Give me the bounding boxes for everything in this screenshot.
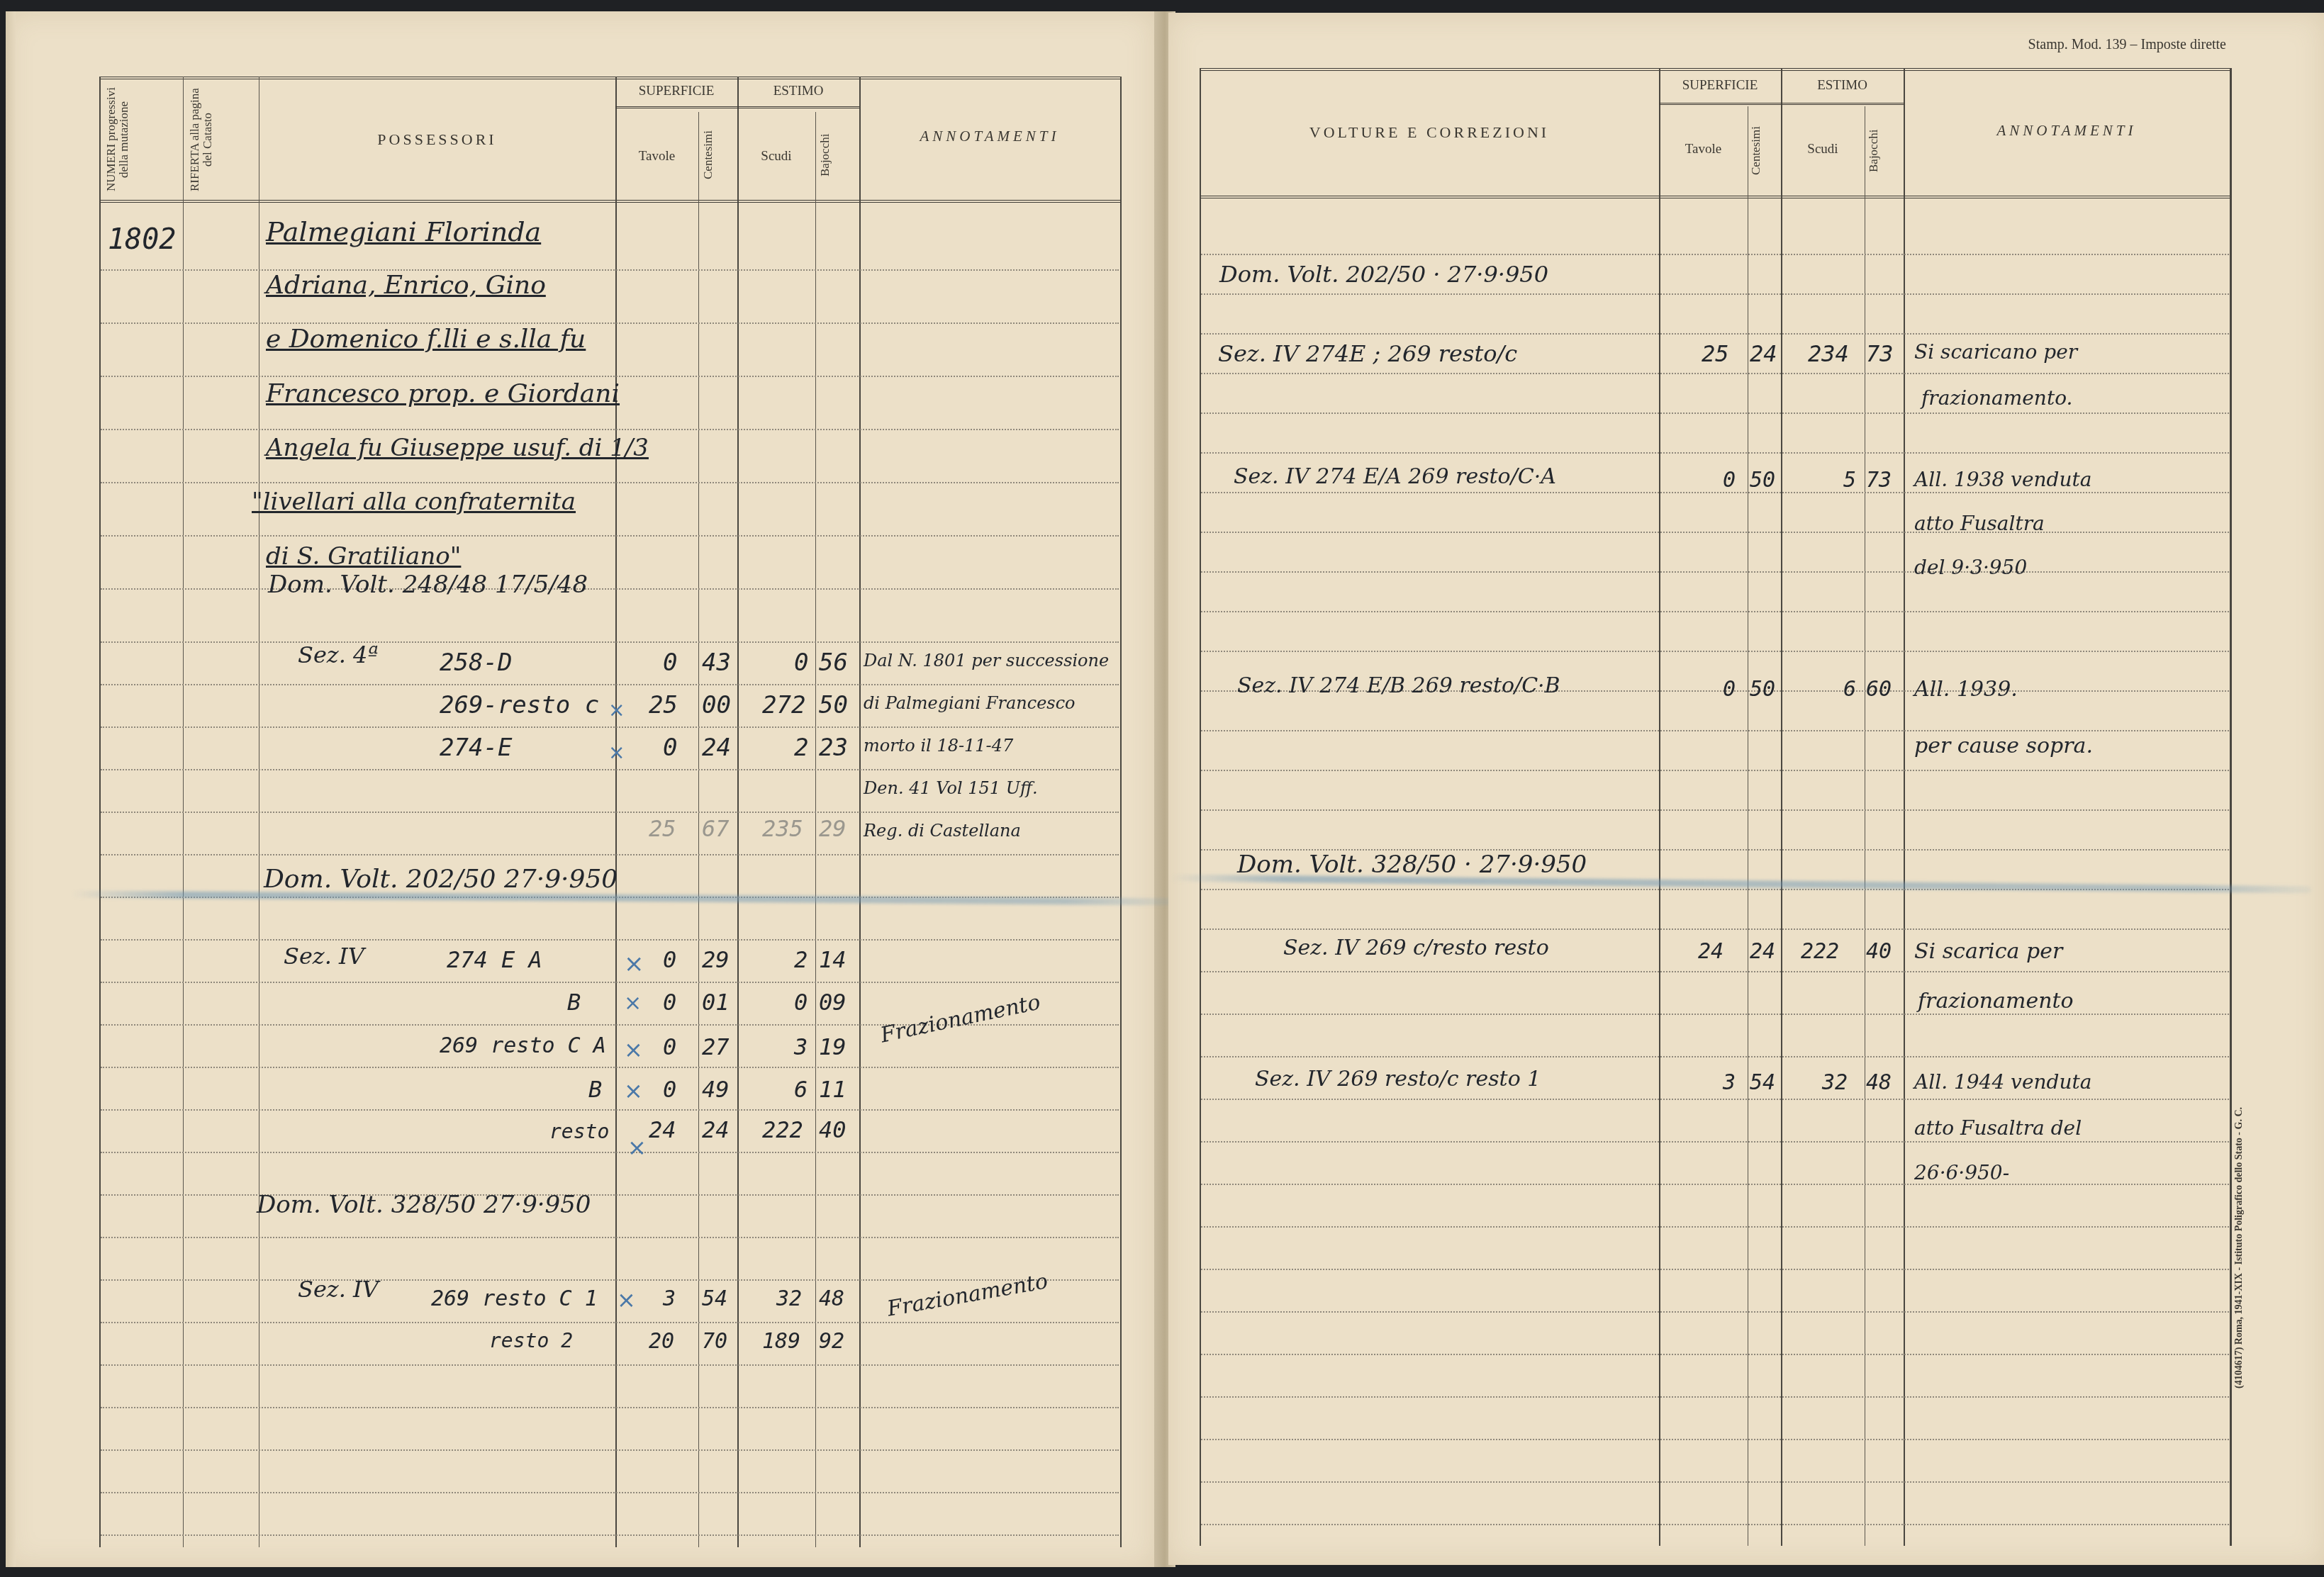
col-line bbox=[815, 112, 816, 1547]
tavole-value: 0 bbox=[663, 946, 676, 973]
annotation-line: All. 1939. bbox=[1914, 677, 2018, 702]
centesimi-value: 24 bbox=[702, 734, 731, 762]
check-mark-icon: × bbox=[608, 698, 625, 722]
header-scudi: Scudi bbox=[1781, 142, 1865, 157]
parcel-id: 258-D bbox=[440, 649, 512, 677]
header-numeri: NUMERI progressivi della mutazione bbox=[105, 84, 179, 196]
centesimi-value: 24 bbox=[1750, 340, 1777, 367]
check-mark-icon: × bbox=[624, 991, 642, 1016]
annotation-line: per cause sopra. bbox=[1914, 734, 2093, 758]
scudi-value: 189 bbox=[762, 1329, 800, 1354]
bajocchi-value: 60 bbox=[1866, 677, 1892, 702]
header-estimo: ESTIMO bbox=[737, 84, 859, 99]
centesimi-value: 54 bbox=[1750, 1070, 1775, 1095]
scudi-value: 0 bbox=[794, 649, 808, 677]
subheader-rule bbox=[615, 106, 859, 108]
parcel-id: 269 resto C A bbox=[440, 1033, 606, 1058]
header-bottom-rule bbox=[1200, 196, 2230, 198]
parcel-id: B bbox=[588, 1076, 602, 1103]
header-superficie: SUPERFICIE bbox=[1659, 78, 1781, 94]
bajocchi-value: 40 bbox=[1866, 939, 1892, 964]
annotation-line: atto Fusaltra bbox=[1914, 512, 2045, 535]
bajocchi-value: 09 bbox=[819, 989, 847, 1016]
annotation-line: Si scarica per bbox=[1914, 939, 2062, 964]
check-mark-icon: × bbox=[624, 1077, 643, 1104]
tavole-value: 20 bbox=[649, 1329, 674, 1354]
scudi-value: 6 bbox=[1843, 677, 1856, 702]
total-centesimi: 67 bbox=[702, 815, 730, 842]
total-bajocchi: 29 bbox=[819, 815, 847, 842]
header-scudi: Scudi bbox=[737, 149, 815, 164]
entry-text: Dom. Volt. 202/50 · 27·9·950 bbox=[1219, 261, 1548, 288]
header-bajocchi: Bajocchi bbox=[1867, 108, 1901, 194]
header-estimo: ESTIMO bbox=[1781, 78, 1904, 94]
tavole-value: 0 bbox=[663, 1076, 676, 1103]
form-title: Stamp. Mod. 139 – Imposte dirette bbox=[1943, 37, 2226, 53]
tavole-value: 0 bbox=[1723, 677, 1736, 702]
col-line bbox=[1904, 68, 1905, 1546]
bajocchi-value: 56 bbox=[819, 649, 848, 677]
parcel-id: resto 2 bbox=[489, 1329, 573, 1352]
parcel-id: 269-resto c bbox=[440, 691, 599, 719]
bajocchi-value: 73 bbox=[1866, 468, 1892, 493]
entry-text: Sez. IV 274 E/A 269 resto/C·A bbox=[1234, 464, 1556, 489]
owner-line: "livellari alla confraternita bbox=[252, 488, 576, 516]
check-mark-icon: × bbox=[627, 1134, 647, 1161]
table-top-rule bbox=[1200, 68, 2230, 71]
tavole-value: 3 bbox=[1723, 1070, 1736, 1095]
scudi-value: 32 bbox=[1822, 1070, 1848, 1095]
annotation-line: Si scaricano per bbox=[1914, 340, 2077, 364]
header-tavole: Tavole bbox=[615, 149, 698, 164]
annotation-line: del 9·3·950 bbox=[1914, 556, 2027, 579]
col-line bbox=[2230, 68, 2232, 1546]
entry-text: Sez. IV 269 c/resto resto bbox=[1283, 936, 1549, 960]
parcel-id: resto bbox=[549, 1120, 609, 1143]
annotation-line: Reg. di Castellana bbox=[864, 821, 1021, 841]
centesimi-value: 29 bbox=[702, 946, 730, 973]
centesimi-value: 49 bbox=[702, 1076, 730, 1103]
col-line bbox=[698, 112, 699, 1547]
scudi-value: 3 bbox=[794, 1033, 808, 1060]
annotation-line: Dal N. 1801 per successione bbox=[864, 651, 1109, 670]
annotation-line: morto il 18-11-47 bbox=[864, 736, 1013, 756]
tavole-value: 3 bbox=[663, 1286, 676, 1311]
entry-text: Sez. IV 274E ; 269 resto/c bbox=[1218, 340, 1517, 367]
entry-text: Sez. IV 269 resto/c resto 1 bbox=[1255, 1067, 1541, 1091]
total-tavole: 25 bbox=[649, 815, 676, 842]
voltura-note: Dom. Volt. 202/50 27·9·950 bbox=[264, 865, 618, 894]
check-mark-icon: × bbox=[624, 950, 644, 978]
centesimi-value: 50 bbox=[1750, 677, 1775, 702]
scudi-value: 32 bbox=[776, 1286, 802, 1311]
tavole-value: 0 bbox=[1723, 468, 1736, 493]
annotation-line: 26·6·950- bbox=[1914, 1161, 2009, 1184]
owner-line: Francesco prop. e Giordani bbox=[266, 379, 620, 408]
entry-number: 1802 bbox=[108, 223, 176, 256]
right-page bbox=[1168, 13, 2324, 1565]
bajocchi-value: 48 bbox=[1866, 1070, 1892, 1095]
header-centesimi: Centesimi bbox=[702, 113, 734, 197]
tavole-value: 24 bbox=[1698, 939, 1724, 964]
centesimi-value: 43 bbox=[702, 649, 731, 677]
col-line bbox=[1748, 106, 1748, 1546]
bajocchi-value: 14 bbox=[819, 946, 847, 973]
header-riferta: RIFERTA alla pagina del Catasto bbox=[189, 84, 254, 196]
col-line bbox=[1200, 68, 1201, 1546]
scudi-value: 0 bbox=[794, 989, 808, 1016]
col-line bbox=[1781, 68, 1782, 1546]
tavole-value: 0 bbox=[663, 649, 677, 677]
check-mark-icon: × bbox=[617, 1286, 636, 1313]
annotation-line: frazionamento. bbox=[1921, 386, 2072, 410]
tavole-value: 0 bbox=[663, 734, 677, 762]
check-mark-icon: × bbox=[608, 741, 625, 764]
annotation-line: All. 1944 venduta bbox=[1914, 1070, 2091, 1094]
col-line bbox=[1120, 77, 1122, 1547]
centesimi-value: 70 bbox=[702, 1329, 727, 1354]
scudi-value: 5 bbox=[1843, 468, 1856, 493]
header-annotamenti: ANNOTAMENTI bbox=[859, 128, 1120, 145]
sezione-label: Sez. IV bbox=[298, 1276, 379, 1303]
bajocchi-value: 73 bbox=[1866, 340, 1894, 367]
scudi-value: 6 bbox=[794, 1076, 808, 1103]
tavole-value: 0 bbox=[663, 989, 676, 1016]
sezione-label: Sez. IV bbox=[284, 943, 364, 970]
annotation-line: Den. 41 Vol 151 Uff. bbox=[864, 778, 1038, 798]
check-mark-icon: × bbox=[624, 1036, 643, 1063]
centesimi-value: 54 bbox=[702, 1286, 727, 1311]
bajocchi-value: 23 bbox=[819, 734, 848, 762]
col-line bbox=[1865, 106, 1865, 1546]
header-centesimi: Centesimi bbox=[1750, 108, 1780, 194]
annotation-line: frazionamento bbox=[1918, 989, 2074, 1014]
printer-imprint: (4104617) Roma, 1941-XIX - Istituto Poli… bbox=[2235, 1021, 2256, 1474]
scudi-value: 2 bbox=[794, 734, 808, 762]
centesimi-value: 00 bbox=[702, 691, 731, 719]
tavole-value: 24 bbox=[649, 1116, 676, 1143]
bajocchi-value: 48 bbox=[819, 1286, 844, 1311]
scudi-value: 234 bbox=[1808, 340, 1849, 367]
owner-line: Adriana, Enrico, Gino bbox=[266, 271, 546, 300]
header-bottom-rule bbox=[99, 200, 1120, 203]
centesimi-value: 50 bbox=[1750, 468, 1775, 493]
annotation-line: atto Fusaltra del bbox=[1914, 1116, 2082, 1140]
tavole-value: 25 bbox=[649, 691, 678, 719]
parcel-id: 269 resto C 1 bbox=[431, 1286, 598, 1311]
header-volture: VOLTURE E CORREZIONI bbox=[1200, 123, 1659, 142]
centesimi-value: 24 bbox=[702, 1116, 730, 1143]
voltura-note: Dom. Volt. 248/48 17/5/48 bbox=[268, 571, 588, 599]
entry-text: Dom. Volt. 328/50 · 27·9·950 bbox=[1237, 851, 1587, 879]
bajocchi-value: 11 bbox=[819, 1076, 847, 1103]
bajocchi-value: 40 bbox=[819, 1116, 847, 1143]
parcel-id: B bbox=[567, 989, 581, 1016]
page-edge bbox=[6, 11, 16, 1567]
owner-line: e Domenico f.lli e s.lla fu bbox=[266, 325, 586, 354]
centesimi-value: 01 bbox=[702, 989, 730, 1016]
tavole-value: 25 bbox=[1702, 340, 1729, 367]
tavole-value: 0 bbox=[663, 1033, 676, 1060]
bajocchi-value: 92 bbox=[819, 1329, 844, 1354]
col-line bbox=[1659, 68, 1660, 1546]
scudi-value: 222 bbox=[762, 1116, 803, 1143]
sezione-label: Sez. 4ª bbox=[298, 641, 379, 668]
scudi-value: 272 bbox=[762, 691, 805, 719]
parcel-id: 274 E A bbox=[447, 946, 542, 973]
owner-line: Palmegiani Florinda bbox=[266, 216, 541, 247]
scudi-value: 2 bbox=[794, 946, 808, 973]
total-scudi: 235 bbox=[762, 815, 803, 842]
header-annotamenti: ANNOTAMENTI bbox=[1904, 122, 2230, 140]
header-superficie: SUPERFICIE bbox=[615, 84, 737, 99]
owner-line: Angela fu Giuseppe usuf. di 1/3 bbox=[266, 434, 649, 462]
entry-text: Sez. IV 274 E/B 269 resto/C·B bbox=[1237, 673, 1560, 698]
centesimi-value: 24 bbox=[1750, 939, 1775, 964]
header-bajocchi: Bajocchi bbox=[819, 113, 856, 197]
bajocchi-value: 19 bbox=[819, 1033, 847, 1060]
annotation-line: All. 1938 venduta bbox=[1914, 468, 2091, 491]
parcel-id: 274-E bbox=[440, 734, 512, 762]
subheader-rule bbox=[1659, 103, 1904, 105]
scudi-value: 222 bbox=[1801, 939, 1839, 964]
owner-line: di S. Gratiliano" bbox=[266, 542, 461, 571]
voltura-note: Dom. Volt. 328/50 27·9·950 bbox=[257, 1191, 591, 1219]
header-possessori: POSSESSORI bbox=[259, 130, 615, 149]
table-top-rule bbox=[99, 77, 1120, 79]
centesimi-value: 27 bbox=[702, 1033, 730, 1060]
header-tavole: Tavole bbox=[1659, 142, 1748, 157]
bajocchi-value: 50 bbox=[819, 691, 848, 719]
annotation-line: di Palmegiani Francesco bbox=[864, 693, 1076, 713]
